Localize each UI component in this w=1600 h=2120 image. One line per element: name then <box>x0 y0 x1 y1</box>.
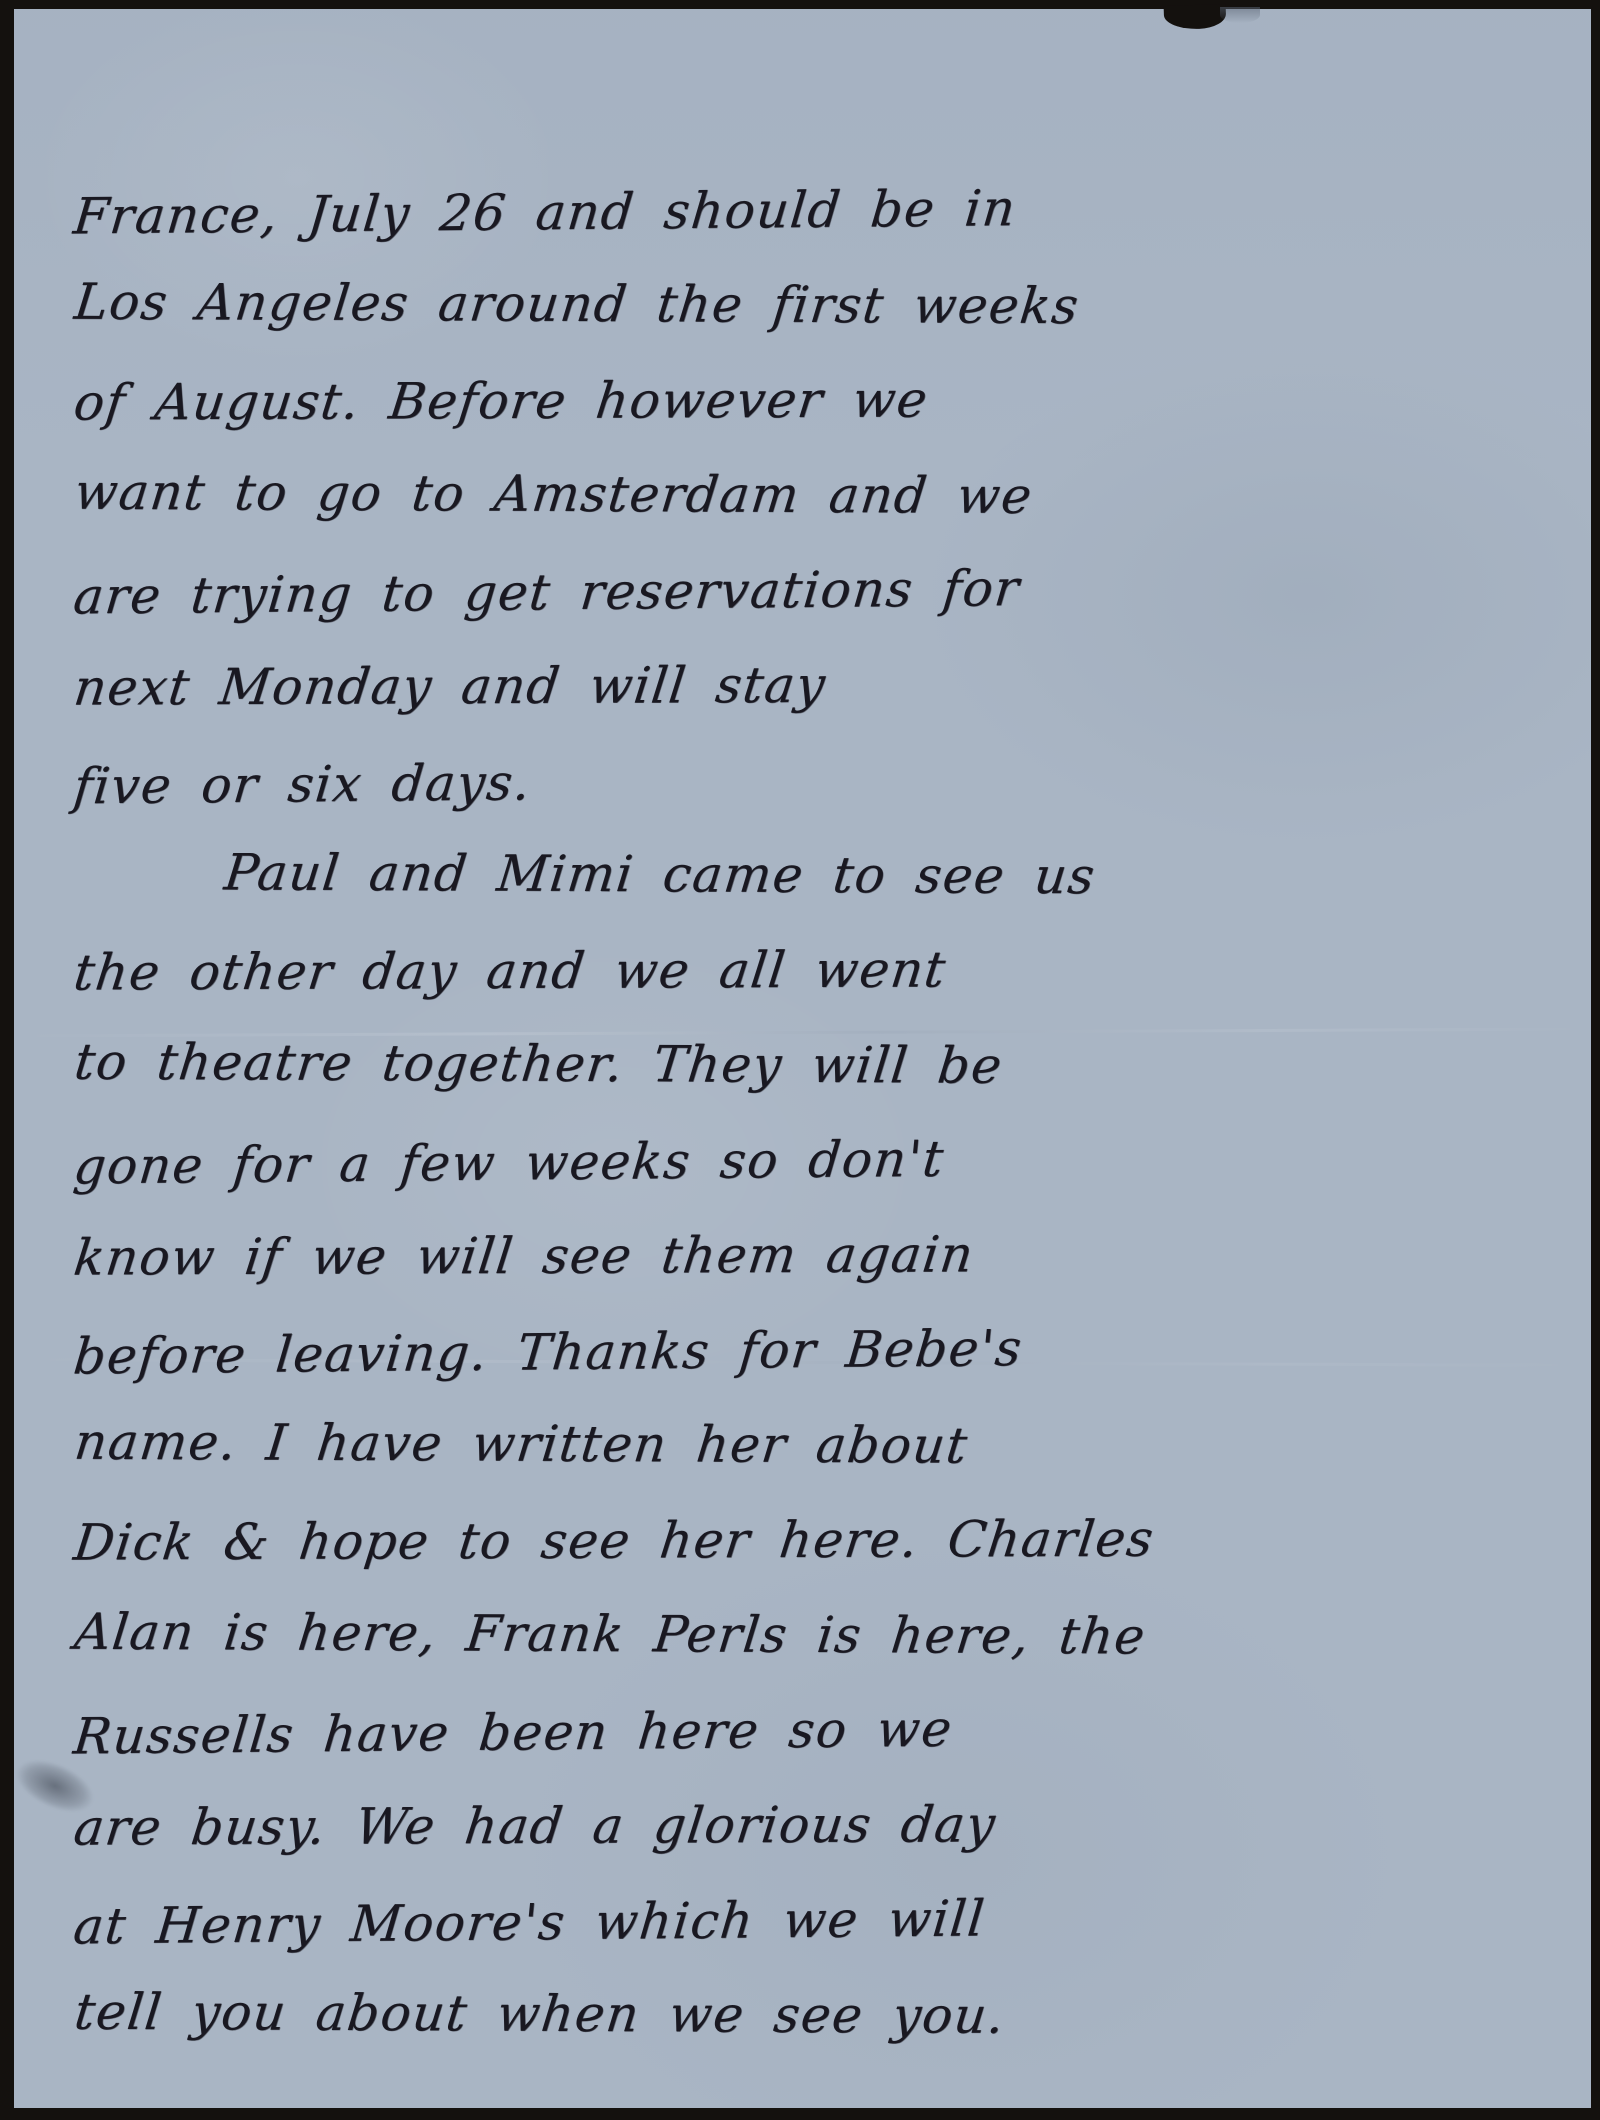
letter-line: tell you about when we see you. <box>69 1969 1556 2070</box>
letter-line: gone for a few weeks so don't <box>69 1111 1556 1219</box>
paper-tear-notch <box>1164 4 1227 30</box>
letter-line: of August. Before however we <box>68 354 1557 454</box>
letter-line: France, July 26 and should be in <box>69 161 1556 269</box>
letter-line: Alan is here, Frank Perls is here, the <box>69 1589 1556 1690</box>
letter-line: next Monday and will stay <box>68 639 1557 739</box>
letter-line: before leaving. Thanks for Bebe's <box>69 1301 1556 1409</box>
letter-line: Russells have been here so we <box>69 1681 1556 1789</box>
letter-line: five or six days. <box>69 731 1556 839</box>
letter-line: Los Angeles around the first weeks <box>69 259 1556 360</box>
letter-line: to theatre together. They will be <box>69 1019 1556 1120</box>
letter-body: France, July 26 and should be in Los Ang… <box>74 167 1551 2067</box>
letter-line: the other day and we all went <box>68 924 1557 1024</box>
letter-line: name. I have written her about <box>69 1399 1556 1500</box>
letter-line: know if we will see them again <box>68 1209 1557 1309</box>
letter-line: Dick & hope to see her here. Charles <box>68 1494 1557 1594</box>
letter-line-paragraph-start: Paul and Mimi came to see us <box>69 829 1556 930</box>
letter-line: want to go to Amsterdam and we <box>69 449 1556 550</box>
letter-paper: France, July 26 and should be in Los Ang… <box>14 9 1591 2108</box>
paper-tear-shadow <box>1220 7 1260 23</box>
letter-line: at Henry Moore's which we will <box>69 1871 1556 1979</box>
scan-black-frame: France, July 26 and should be in Los Ang… <box>0 0 1600 2120</box>
letter-line: are busy. We had a glorious day <box>68 1779 1557 1879</box>
letter-line: are trying to get reservations for <box>69 541 1556 649</box>
